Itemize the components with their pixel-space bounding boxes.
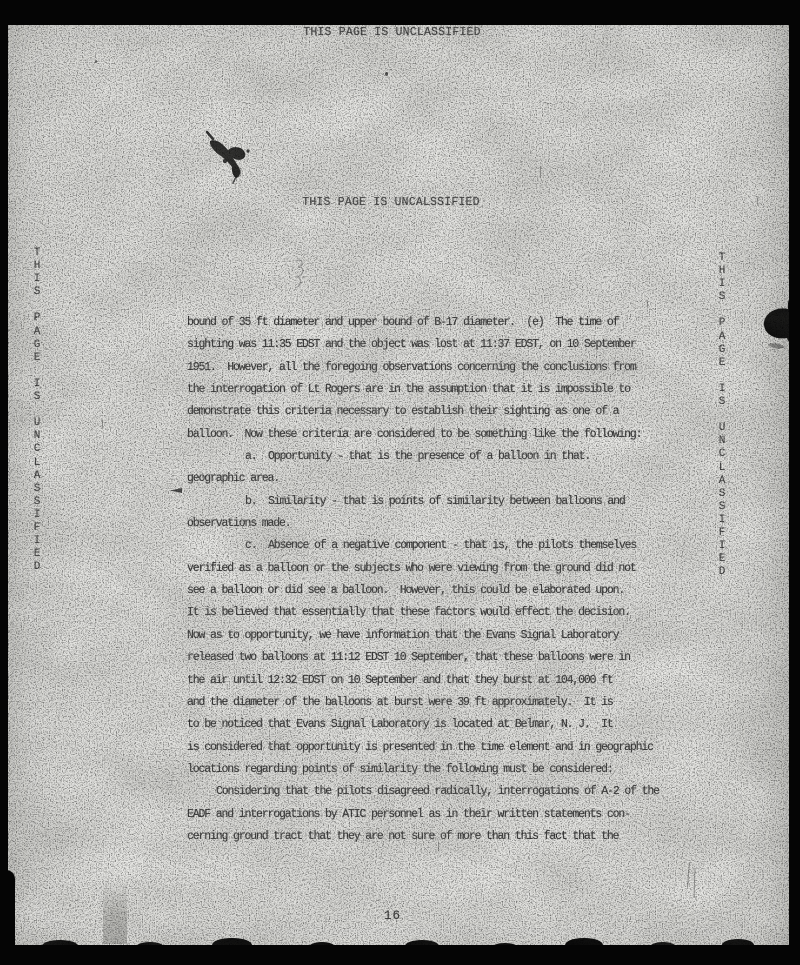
body-text: bound of 35 ft diameter and upper bound … (187, 312, 667, 848)
body-line: see a balloon or did see a balloon. Howe… (187, 580, 667, 602)
scan-artifact (438, 842, 439, 851)
body-line-item-b: b. Similarity - that is points of simila… (187, 491, 667, 513)
scan-smudge (103, 878, 127, 944)
body-line: Now as to opportunity, we have informati… (187, 625, 667, 647)
scan-artifact (385, 72, 388, 76)
page-number: 16 (384, 909, 401, 923)
body-line: and the diameter of the balloons at burs… (187, 692, 667, 714)
scan-border-right (789, 0, 800, 965)
body-line: 1951. However, all the foregoing observa… (187, 357, 667, 379)
body-line: EADF and interrogations by ATIC personne… (187, 804, 667, 826)
scan-border-bottom (0, 945, 800, 965)
body-line: It is believed that essentially that the… (187, 602, 667, 624)
scan-artifact (102, 420, 103, 428)
body-line: Considering that the pilots disagreed ra… (187, 781, 667, 803)
body-line: sighting was 11:35 EDST and the object w… (187, 334, 667, 356)
body-line: observations made. (187, 513, 667, 535)
scan-border-top (0, 0, 800, 25)
body-line-item-c: c. Absence of a negative component - tha… (187, 535, 667, 557)
scan-artifact (540, 166, 541, 178)
top-classification-banner: THIS PAGE IS UNCLASSIFIED (303, 26, 481, 39)
left-margin-classification: T H I S P A G E I S U N C L A S S I F I … (30, 247, 44, 574)
scanned-document-page: THIS PAGE IS UNCLASSIFIED THIS PAGE IS U… (0, 0, 800, 965)
body-line: to be noticed that Evans Signal Laborato… (187, 714, 667, 736)
body-line: is considered that opportunity is presen… (187, 737, 667, 759)
body-line: balloon. Now these criteria are consider… (187, 424, 667, 446)
body-line: bound of 35 ft diameter and upper bound … (187, 312, 667, 334)
center-classification-heading: THIS PAGE IS UNCALSSIFIED (302, 196, 480, 209)
body-line: the air until 12:32 EDST on 10 September… (187, 670, 667, 692)
body-line: the interrogation of Lt Rogers are in th… (187, 379, 667, 401)
body-line: demonstrate this criteria necessary to e… (187, 401, 667, 423)
scan-border-left (0, 0, 8, 965)
scan-artifact (95, 60, 97, 63)
body-line: locations regarding points of similarity… (187, 759, 667, 781)
body-line: released two balloons at 11:12 EDST 10 S… (187, 647, 667, 669)
body-line-item-a: a. Opportunity - that is the presence of… (187, 446, 667, 468)
right-margin-classification: T H I S P A G E I S U N C L A S S I F I … (715, 252, 729, 579)
body-line: verified as a balloon or the subjects wh… (187, 558, 667, 580)
body-line: cerning ground tract that they are not s… (187, 826, 667, 848)
body-line: geographic area. (187, 468, 667, 490)
